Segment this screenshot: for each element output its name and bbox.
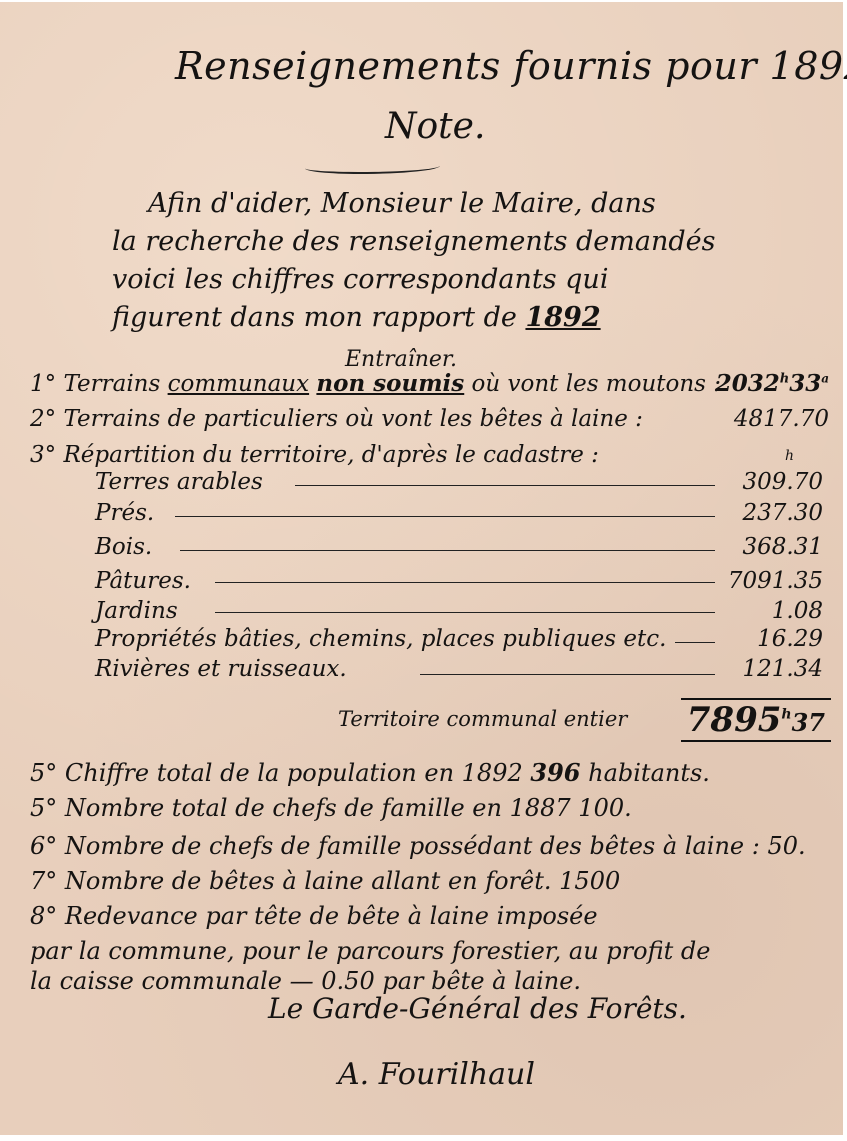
question-suffix: habitants. (588, 759, 710, 787)
intro-line-4: figurent dans mon rapport de 1892 (112, 302, 601, 333)
leader-line (215, 582, 715, 583)
cadastre-value: 1.08 (772, 598, 823, 624)
cadastre-value: 368.31 (743, 534, 823, 560)
question-6: 6° Nombre de chefs de famille possédant … (30, 832, 806, 860)
question-text: Redevance par tête de bête à laine impos… (65, 902, 598, 930)
item-text: Répartition du territoire, d'après le ca… (63, 442, 598, 468)
total-dec: 37 (792, 708, 825, 737)
unit-hectare: h (785, 448, 794, 464)
question-5a: 5° Chiffre total de la population en 189… (30, 758, 710, 787)
intro-year: 1892 (525, 302, 600, 333)
document-page: Renseignements fournis pour 1892 Note. A… (0, 0, 843, 1138)
cadastre-label: Prés. (95, 500, 154, 526)
cadastre-label: Terres arables (95, 469, 263, 495)
question-8: 8° Redevance par tête de bête à laine im… (30, 902, 598, 930)
item-2: 2° Terrains de particuliers où vont les … (30, 406, 643, 432)
cadastre-value: 7091.35 (728, 568, 823, 594)
question-7: 7° Nombre de bêtes à laine allant en for… (30, 867, 620, 895)
item-number: 1° (30, 371, 56, 397)
unit-are: a (821, 371, 829, 385)
item-text-underlined: communaux (168, 371, 309, 397)
value-int: 2032 (716, 370, 780, 397)
question-text: Chiffre total de la population en 1892 (65, 759, 523, 787)
item-1-value: 2032h33a (716, 370, 829, 397)
question-value: 100. (578, 794, 631, 822)
cadastre-value: 16.29 (757, 626, 823, 652)
leader-line (675, 642, 715, 643)
question-text: Nombre de chefs de famille possédant des… (65, 832, 760, 860)
cadastre-value: 237.30 (743, 500, 823, 526)
torn-edge (0, 1135, 847, 1141)
total-int: 7895 (687, 700, 782, 740)
item-3: 3° Répartition du territoire, d'après le… (30, 442, 599, 468)
question-8-line-3: la caisse communale — 0.50 par bête à la… (30, 967, 581, 995)
leader-line (420, 674, 715, 675)
signature-title: Le Garde-Général des Forêts. (268, 992, 687, 1025)
intro-line-2: la recherche des renseignements demandés (112, 226, 716, 257)
leader-line (295, 485, 715, 486)
intro-line-3: voici les chiffres correspondants qui (112, 264, 608, 295)
cadastre-value: 121.34 (743, 656, 823, 682)
question-number: 6° (30, 832, 57, 860)
item-text: Terrains de particuliers où vont les bêt… (63, 406, 642, 432)
item-text-bold: non soumis (316, 370, 464, 397)
item-1: 1° Terrains communaux non soumis où vont… (30, 370, 721, 397)
total-label: Territoire communal entier (338, 707, 627, 731)
item-number: 2° (30, 406, 56, 432)
cadastre-label: Pâtures. (95, 568, 191, 594)
question-number: 5° (30, 794, 57, 822)
document-title: Renseignements fournis pour 1892 (175, 44, 847, 88)
item-2-value: 4817.70 (734, 406, 829, 432)
total-value: 7895h37 (681, 698, 831, 742)
leader-line (215, 612, 715, 613)
document-subtitle: Note. (385, 106, 485, 147)
cadastre-label: Propriétés bâties, chemins, places publi… (95, 626, 666, 652)
section-heading: Entraîner. (345, 347, 457, 372)
question-value: 50. (767, 832, 805, 860)
question-5b: 5° Nombre total de chefs de famille en 1… (30, 794, 632, 822)
title-flourish (305, 160, 440, 174)
question-value: 1500 (559, 867, 620, 895)
question-number: 7° (30, 867, 57, 895)
leader-line (175, 516, 715, 517)
cadastre-label: Rivières et ruisseaux. (95, 656, 347, 682)
unit-hectare: h (780, 371, 789, 386)
item-number: 3° (30, 442, 56, 468)
question-number: 8° (30, 902, 57, 930)
intro-line-4-text: figurent dans mon rapport de (112, 302, 517, 333)
question-8-line-2: par la commune, pour le parcours foresti… (30, 937, 710, 965)
item-text-suffix: où vont les moutons : (472, 371, 722, 397)
unit-hectare: h (781, 707, 791, 723)
signature-name: A. Fourilhaul (338, 1057, 535, 1092)
cadastre-label: Bois. (95, 534, 152, 560)
question-text: Nombre de bêtes à laine allant en forêt. (65, 867, 552, 895)
value-dec: 33 (789, 370, 821, 397)
question-number: 5° (30, 759, 57, 787)
intro-line-1: Afin d'aider, Monsieur le Maire, dans (148, 188, 656, 219)
leader-line (180, 550, 715, 551)
cadastre-value: 309.70 (743, 469, 823, 495)
question-value: 396 (530, 758, 580, 787)
question-text: Nombre total de chefs de famille en 1887 (65, 794, 571, 822)
item-text: Terrains (63, 371, 167, 397)
cadastre-label: Jardins (95, 598, 178, 624)
